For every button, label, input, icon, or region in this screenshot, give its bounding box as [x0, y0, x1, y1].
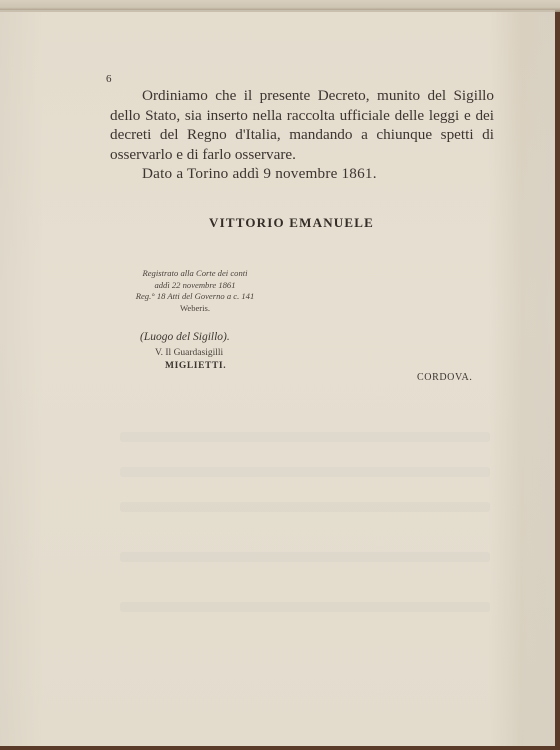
show-through-text: [120, 467, 490, 477]
decree-paragraph-text: Ordiniamo che il presente Decreto, munit…: [110, 87, 494, 163]
minister-signature-right: CORDOVA.: [417, 372, 472, 383]
page-number: 6: [106, 73, 112, 85]
registration-line-3: Reg.° 18 Atti del Governo a c. 141: [110, 291, 280, 303]
show-through-text: [120, 552, 490, 562]
guardasigilli-label: V. Il Guardasigilli: [155, 348, 223, 358]
royal-signature: VITTORIO EMANUELE: [209, 215, 374, 231]
show-through-text: [120, 602, 490, 612]
registration-line-2: addì 22 novembre 1861: [110, 280, 280, 292]
registration-line-1: Registrato alla Corte dei conti: [110, 268, 280, 280]
seal-place: (Luogo del Sigillo).: [140, 331, 230, 343]
show-through-text: [120, 502, 490, 512]
minister-signature-left: MIGLIETTI.: [165, 361, 226, 371]
registration-block: Registrato alla Corte dei conti addì 22 …: [110, 268, 280, 314]
show-through-text: [120, 432, 490, 442]
decree-paragraph: Ordiniamo che il presente Decreto, munit…: [110, 86, 494, 164]
registration-line-4: Weberis.: [110, 303, 280, 315]
date-line: Dato a Torino addì 9 novembre 1861.: [142, 165, 377, 183]
